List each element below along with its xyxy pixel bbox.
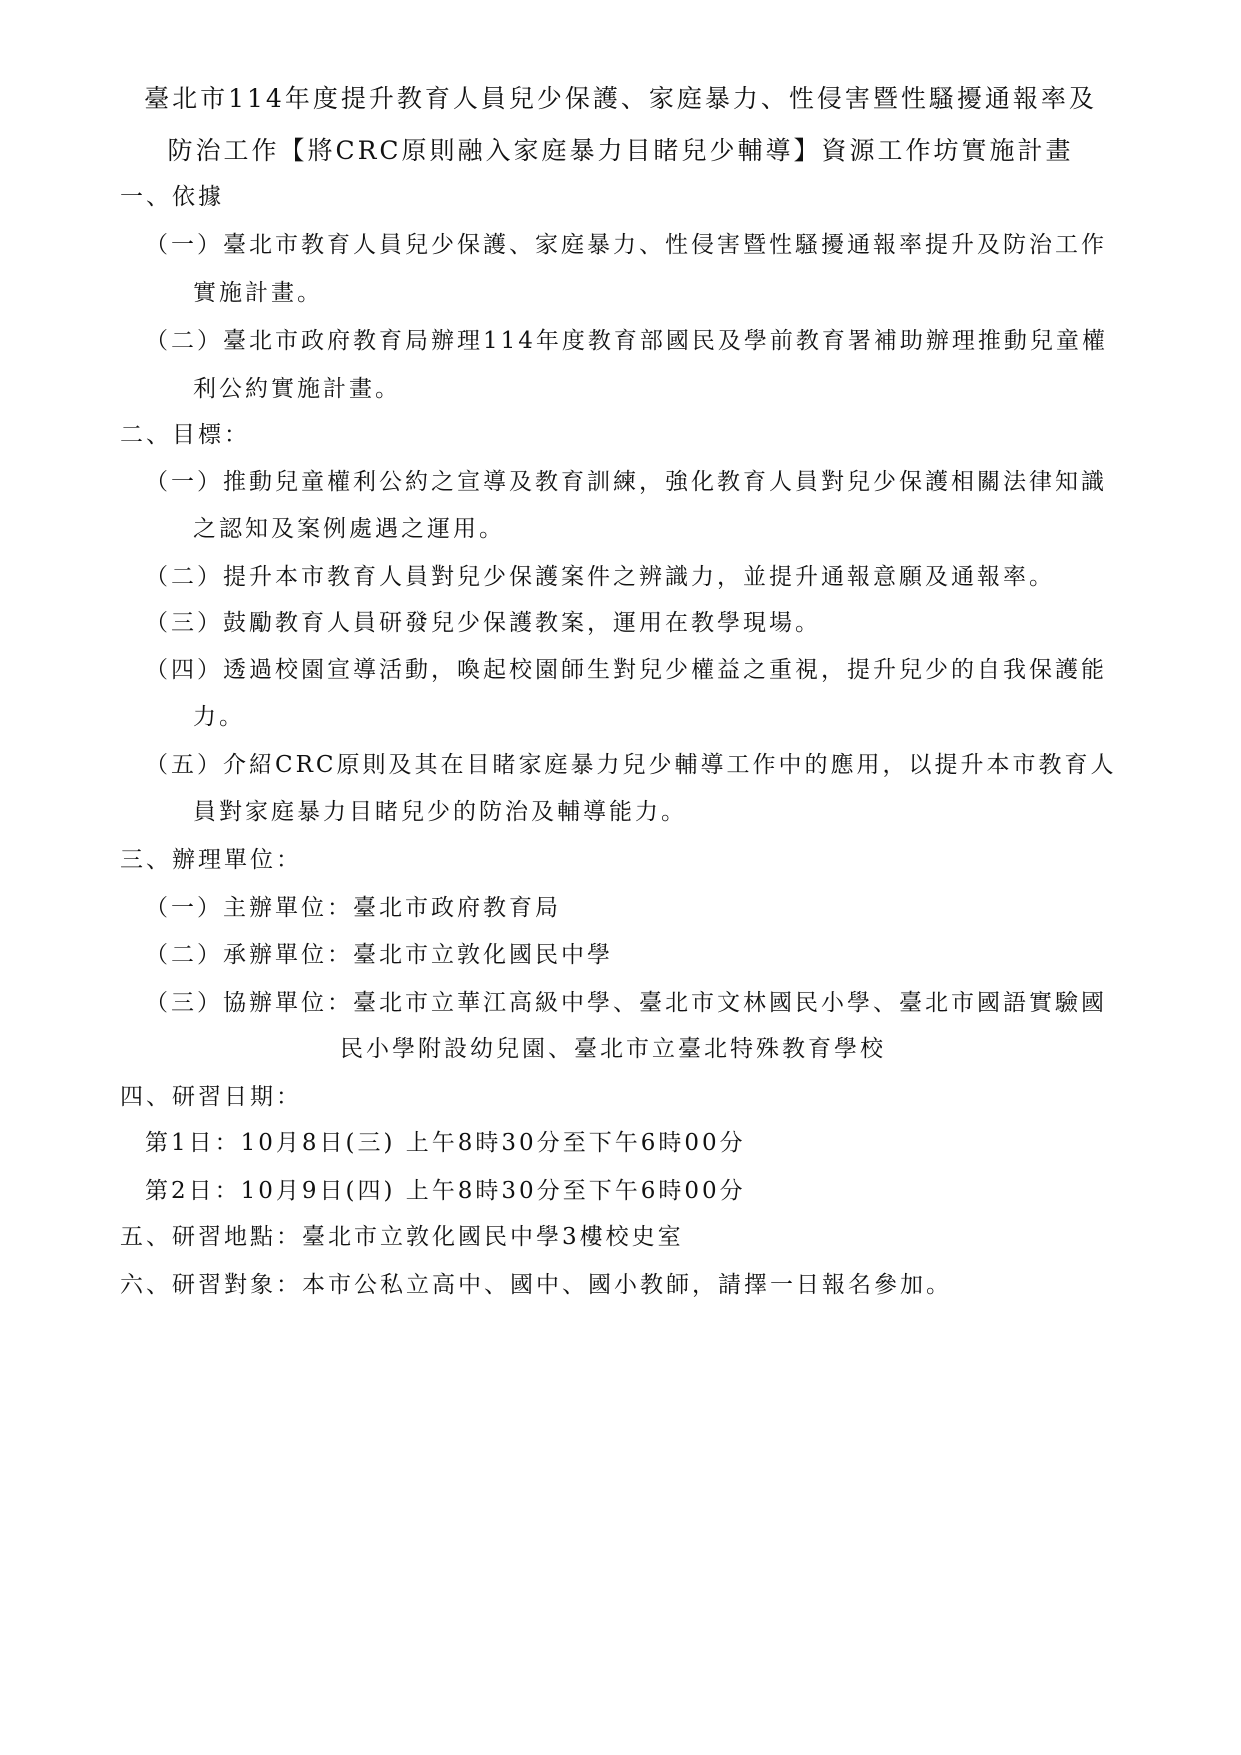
organizer-co-organizers-cont: 民小學附設幼兒園、臺北市立臺北特殊教育學校 — [340, 1034, 886, 1064]
basis-item-1-cont: 實施計畫。 — [193, 278, 323, 308]
section-heading-goals: 二、目標： — [120, 420, 250, 450]
basis-item-1: （一）臺北市教育人員兒少保護、家庭暴力、性侵害暨性騷擾通報率提升及防治工作 — [145, 230, 1107, 260]
organizer-host: （一）主辦單位：臺北市政府教育局 — [145, 893, 561, 923]
document-title-line-2: 防治工作【將CRC原則融入家庭暴力目睹兒少輔導】資源工作坊實施計畫 — [0, 136, 1241, 166]
section-heading-basis: 一、依據 — [120, 182, 224, 212]
goal-item-5: （五）介紹CRC原則及其在目睹家庭暴力兒少輔導工作中的應用，以提升本市教育人 — [145, 750, 1117, 780]
goal-item-1-cont: 之認知及案例處遇之運用。 — [193, 514, 505, 544]
document-page: 臺北市114年度提升教育人員兒少保護、家庭暴力、性侵害暨性騷擾通報率及 防治工作… — [0, 0, 1241, 1755]
goal-item-5-cont: 員對家庭暴力目睹兒少的防治及輔導能力。 — [193, 797, 687, 827]
goal-item-1: （一）推動兒童權利公約之宣導及教育訓練，強化教育人員對兒少保護相關法律知識 — [145, 467, 1107, 497]
section-audience: 六、研習對象：本市公私立高中、國中、國小教師，請擇一日報名參加。 — [120, 1270, 952, 1300]
basis-item-2-cont: 利公約實施計畫。 — [193, 374, 401, 404]
section-location: 五、研習地點：臺北市立敦化國民中學3樓校史室 — [120, 1222, 684, 1252]
goal-item-4-cont: 力。 — [193, 702, 245, 732]
document-title-line-1: 臺北市114年度提升教育人員兒少保護、家庭暴力、性侵害暨性騷擾通報率及 — [0, 84, 1241, 114]
date-day-2: 第2日：10月9日(四) 上午8時30分至下午6時00分 — [145, 1176, 746, 1206]
section-heading-organizers: 三、辦理單位： — [120, 845, 302, 875]
date-day-1: 第1日：10月8日(三) 上午8時30分至下午6時00分 — [145, 1128, 746, 1158]
goal-item-4: （四）透過校園宣導活動，喚起校園師生對兒少權益之重視，提升兒少的自我保護能 — [145, 655, 1107, 685]
organizer-executor: （二）承辦單位：臺北市立敦化國民中學 — [145, 940, 613, 970]
organizer-co-organizers: （三）協辦單位：臺北市立華江高級中學、臺北市文林國民小學、臺北市國語實驗國 — [145, 988, 1107, 1018]
goal-item-3: （三）鼓勵教育人員研發兒少保護教案，運用在教學現場。 — [145, 608, 821, 638]
basis-item-2: （二）臺北市政府教育局辦理114年度教育部國民及學前教育署補助辦理推動兒童權 — [145, 326, 1108, 356]
goal-item-2: （二）提升本市教育人員對兒少保護案件之辨識力，並提升通報意願及通報率。 — [145, 562, 1055, 592]
section-heading-dates: 四、研習日期： — [120, 1082, 302, 1112]
